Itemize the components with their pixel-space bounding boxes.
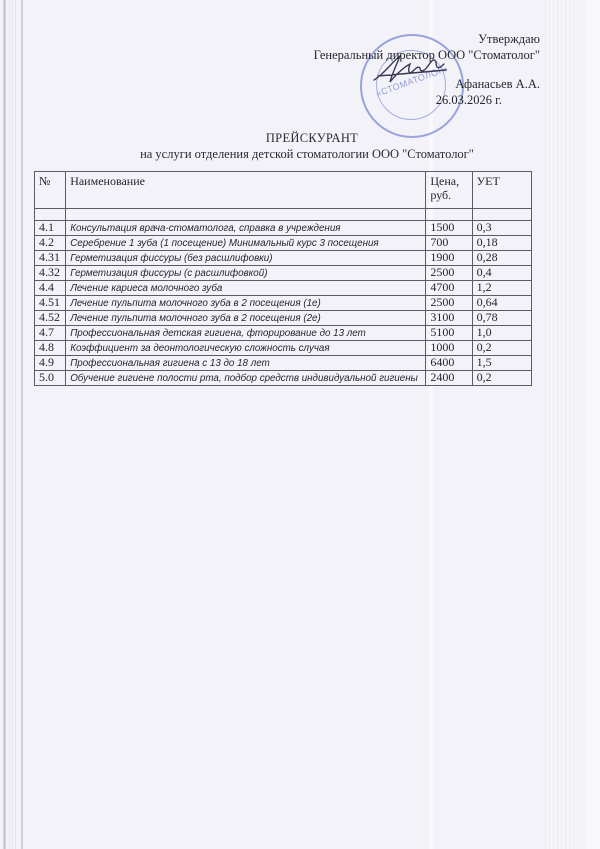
table-row: 4.1Консультация врача-стоматолога, справ… [35,221,532,236]
row-price: 2500 [426,266,472,281]
row-num: 4.4 [35,281,66,296]
row-name: Герметизация фиссуры (с расшлифовкой) [66,266,426,281]
empty-cell [426,209,472,221]
table-row: 4.7Профессиональная детская гигиена, фто… [35,326,532,341]
approve-label: Утверждаю [478,32,540,47]
row-price: 3100 [426,311,472,326]
row-num: 4.31 [35,251,66,266]
row-price: 700 [426,236,472,251]
row-uet: 1,2 [472,281,531,296]
table-row: 4.8Коэффициент за деонтологическую сложн… [35,341,532,356]
row-uet: 0,3 [472,221,531,236]
empty-cell [35,209,66,221]
row-price: 2400 [426,371,472,386]
table-row: 4.52Лечение пульпита молочного зуба в 2 … [35,311,532,326]
table-row: 4.31Герметизация фиссуры (без расшлифовк… [35,251,532,266]
row-name: Лечение пульпита молочного зуба в 2 посе… [66,296,426,311]
row-price: 1900 [426,251,472,266]
row-uet: 1,0 [472,326,531,341]
row-uet: 0,18 [472,236,531,251]
approver-name: Афанасьев А.А. [455,77,540,92]
row-name: Серебрение 1 зуба (1 посещение) Минималь… [66,236,426,251]
table-row: 4.32Герметизация фиссуры (с расшлифовкой… [35,266,532,281]
scan-artifact-stripe [586,0,600,849]
row-uet: 1,5 [472,356,531,371]
document-subtitle: на услуги отделения детской стоматологии… [14,147,600,162]
row-num: 4.32 [35,266,66,281]
document-title: ПРЕЙСКУРАНТ [24,131,600,146]
empty-cell [472,209,531,221]
row-num: 4.52 [35,311,66,326]
row-name: Герметизация фиссуры (без расшлифовки) [66,251,426,266]
table-spacer-row [35,209,532,221]
row-num: 4.9 [35,356,66,371]
table-row: 4.51Лечение пульпита молочного зуба в 2 … [35,296,532,311]
row-price: 4700 [426,281,472,296]
row-num: 4.2 [35,236,66,251]
row-uet: 0,28 [472,251,531,266]
row-name: Профессиональная детская гигиена, фторир… [66,326,426,341]
header-name: Наименование [66,172,426,209]
row-uet: 0,78 [472,311,531,326]
row-name: Лечение кариеса молочного зуба [66,281,426,296]
row-num: 4.8 [35,341,66,356]
row-uet: 0,4 [472,266,531,281]
row-name: Обучение гигиене полости рта, подбор сре… [66,371,426,386]
row-price: 6400 [426,356,472,371]
scan-artifact-stripe [545,0,575,849]
scan-artifact-stripe [3,0,6,849]
table-row: 5.0Обучение гигиене полости рта, подбор … [35,371,532,386]
row-price: 1500 [426,221,472,236]
row-uet: 0,2 [472,341,531,356]
row-name: Профессиональная гигиена с 13 до 18 лет [66,356,426,371]
row-name: Коэффициент за деонтологическую сложност… [66,341,426,356]
row-name: Консультация врача-стоматолога, справка … [66,221,426,236]
header-price: Цена, руб. [426,172,472,209]
row-num: 4.1 [35,221,66,236]
row-uet: 0,64 [472,296,531,311]
table-row: 4.9Профессиональная гигиена с 13 до 18 л… [35,356,532,371]
row-price: 5100 [426,326,472,341]
table-row: 4.4Лечение кариеса молочного зуба47001,2 [35,281,532,296]
row-uet: 0,2 [472,371,531,386]
row-num: 5.0 [35,371,66,386]
approval-date: 26.03.2026 г. [436,93,502,108]
empty-cell [66,209,426,221]
row-num: 4.7 [35,326,66,341]
table-row: 4.2Серебрение 1 зуба (1 посещение) Миним… [35,236,532,251]
header-uet: УЕТ [472,172,531,209]
price-table: № Наименование Цена, руб. УЕТ 4.1Консуль… [34,171,532,386]
row-name: Лечение пульпита молочного зуба в 2 посе… [66,311,426,326]
row-price: 2500 [426,296,472,311]
approver-position: Генеральный директор ООО "Стоматолог" [314,48,540,63]
scan-artifact-stripe [9,0,17,849]
row-price: 1000 [426,341,472,356]
row-num: 4.51 [35,296,66,311]
scan-artifact-stripe [21,0,23,849]
title-block: ПРЕЙСКУРАНТ на услуги отделения детской … [0,131,600,162]
header-num: № [35,172,66,209]
table-header-row: № Наименование Цена, руб. УЕТ [35,172,532,209]
